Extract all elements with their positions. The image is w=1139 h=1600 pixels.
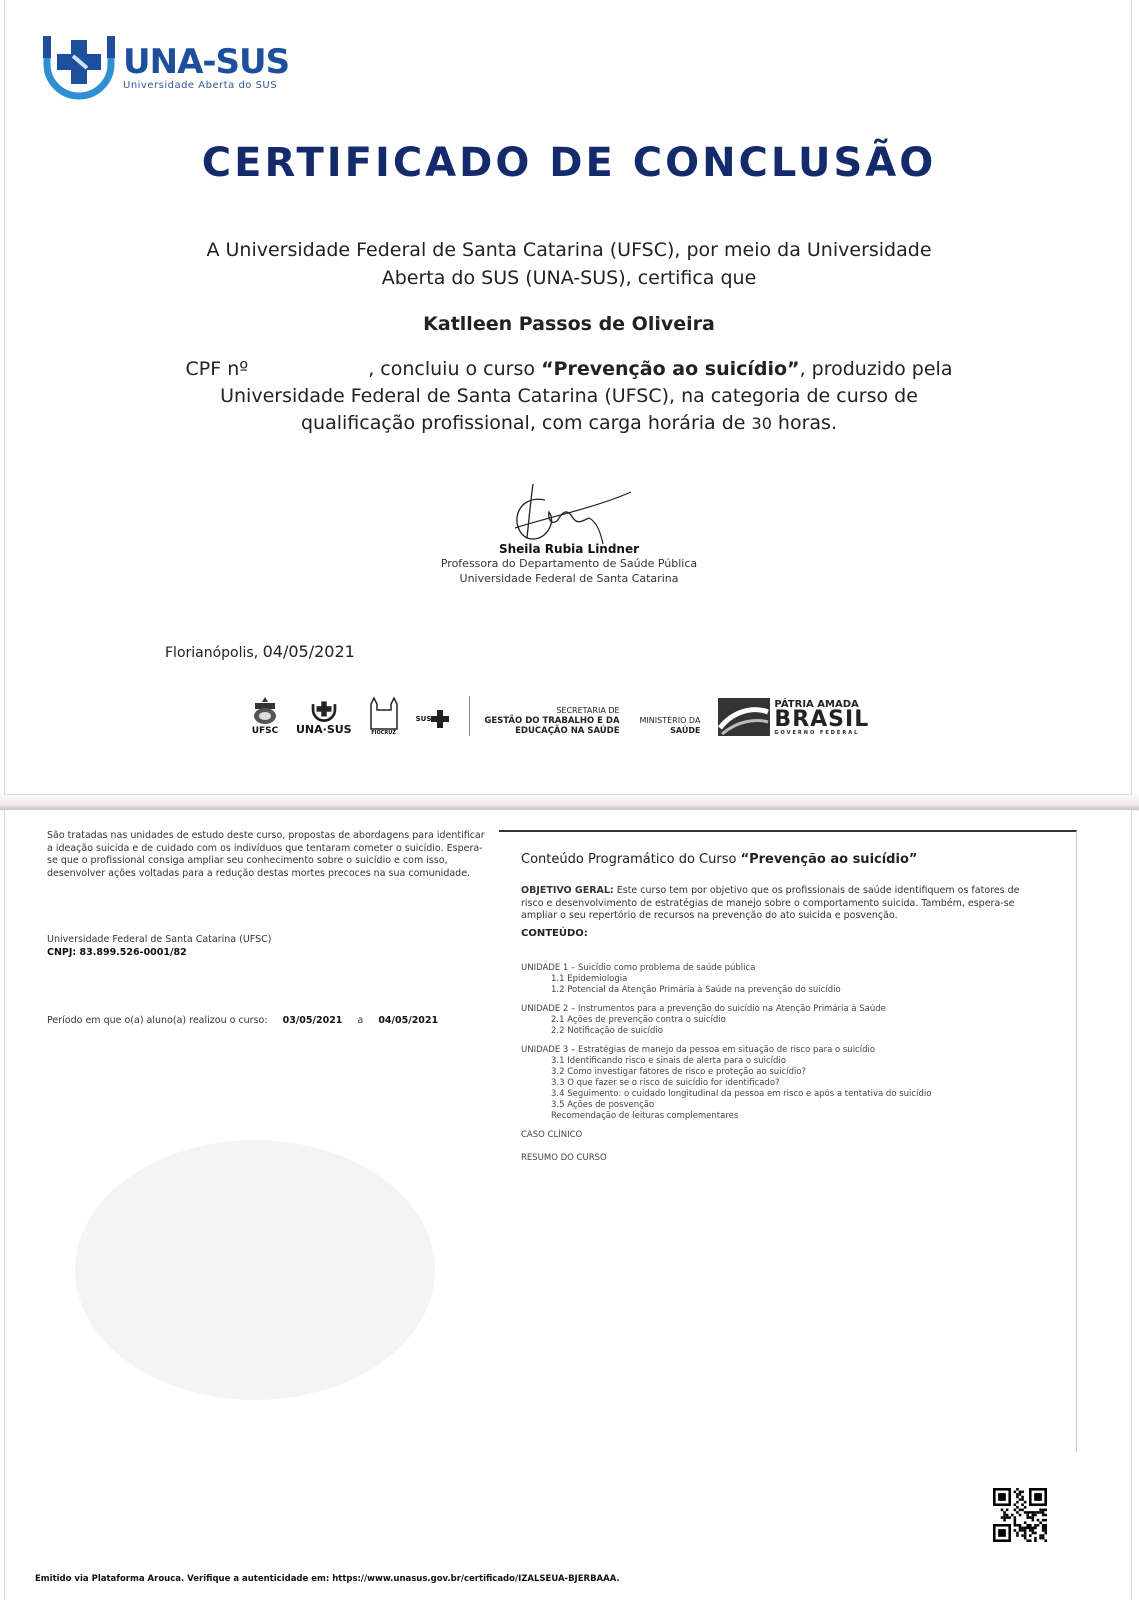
- certificate-intro: A Universidade Federal de Santa Catarina…: [5, 236, 1133, 292]
- brasil-line-3: GOVERNO FEDERAL: [774, 730, 869, 736]
- body-line-3b: horas.: [772, 412, 837, 434]
- clinical-case: CASO CLÍNICO: [521, 1130, 1076, 1140]
- institution-name: Universidade Federal de Santa Catarina (…: [47, 934, 487, 947]
- ufsc-label: UFSC: [252, 726, 279, 736]
- sgtes-logo: SECRETARIA DE GESTÃO DO TRABALHO E DA ED…: [484, 706, 619, 736]
- unit-list: UNIDADE 1 – Suicídio como problema de sa…: [521, 963, 1076, 1122]
- issue-date: 04/05/2021: [263, 642, 355, 661]
- ministerio-line-2: SAÚDE: [640, 726, 701, 736]
- period-start: 03/05/2021: [283, 1015, 343, 1026]
- unit-item: Recomendação de leituras complementares: [521, 1111, 1076, 1122]
- partner-divider: [469, 696, 470, 736]
- unasus-small-logo: UNA·SUS: [296, 699, 352, 736]
- body-text-2: , produzido pela: [800, 358, 953, 380]
- course-description: São tratadas nas unidades de estudo dest…: [47, 830, 487, 880]
- unasus-label: UNA·SUS: [296, 723, 352, 736]
- sgtes-line-2: GESTÃO DO TRABALHO E DA: [484, 716, 619, 726]
- content-title-course: “Prevenção ao suicídio”: [741, 852, 918, 867]
- period-end: 04/05/2021: [378, 1015, 438, 1026]
- cpf-label: CPF nº: [186, 358, 249, 380]
- institution-info: Universidade Federal de Santa Catarina (…: [47, 934, 487, 959]
- intro-line-2: Aberta do SUS (UNA-SUS), certifica que: [199, 264, 939, 292]
- unit-title: UNIDADE 3 – Estratégias de manejo da pes…: [521, 1045, 1076, 1056]
- certificate-page-front: UNA-SUS Universidade Aberta do SUS CERTI…: [4, 0, 1132, 795]
- unit-item: 3.5 Ações de posvenção: [521, 1100, 1076, 1111]
- sgtes-line-3: EDUCAÇÃO NA SAÚDE: [484, 726, 619, 736]
- unasus-small-icon: [311, 699, 337, 723]
- course-content-panel: Conteúdo Programático do Curso “Prevençã…: [499, 830, 1077, 1452]
- period-label: Período em que o(a) aluno(a) realizou o …: [47, 1015, 268, 1026]
- unasus-emblem-icon: [41, 34, 117, 102]
- partner-logos: UFSC UNA·SUS FIOCRUZ SUS SECRETARIA DE: [250, 686, 869, 736]
- body-line-2: Universidade Federal de Santa Catarina (…: [169, 383, 969, 410]
- ufsc-crest-icon: [250, 696, 280, 726]
- certificate-title: CERTIFICADO DE CONCLUSÃO: [5, 140, 1133, 186]
- brasil-flag-icon: [718, 698, 770, 736]
- unit-item: 1.2 Potencial da Atenção Primária à Saúd…: [521, 985, 1076, 996]
- page-separator: [0, 795, 1139, 811]
- body-line-3a: qualificação profissional, com carga hor…: [301, 412, 752, 434]
- course-name: “Prevenção ao suicídio”: [541, 358, 800, 380]
- sus-label: SUS: [416, 715, 432, 723]
- body-text-1: , concluiu o curso: [368, 358, 541, 380]
- content-heading: CONTEÚDO:: [521, 928, 1076, 939]
- signer-role: Professora do Departamento de Saúde Públ…: [5, 556, 1133, 571]
- watermark-crest-icon: [45, 1090, 465, 1410]
- governo-federal-logo: PÁTRIA AMADA BRASIL GOVERNO FEDERAL: [718, 698, 869, 736]
- signer-block: Sheila Rubia Lindner Professora do Depar…: [5, 542, 1133, 586]
- unit-item: 3.2 Como investigar fatores de risco e p…: [521, 1067, 1076, 1078]
- content-unit: UNIDADE 3 – Estratégias de manejo da pes…: [521, 1045, 1076, 1122]
- student-name: Katlleen Passos de Oliveira: [5, 313, 1133, 335]
- institution-cnpj: CNPJ: 83.899.526-0001/82: [47, 947, 487, 960]
- unit-item: 2.1 Ações de prevenção contra o suicídio: [521, 1015, 1076, 1026]
- ministerio-line-1: MINISTÉRIO DA: [640, 716, 701, 726]
- certificate-page-back: São tratadas nas unidades de estudo dest…: [4, 810, 1132, 1600]
- content-title: Conteúdo Programático do Curso “Prevençã…: [521, 852, 1076, 867]
- fiocruz-logo: FIOCRUZ: [368, 696, 400, 736]
- verification-footer: Emitido via Plataforma Arouca. Verifique…: [35, 1574, 620, 1584]
- certificate-body: CPF nº, concluiu o curso “Prevenção ao s…: [5, 356, 1133, 437]
- course-summary-column: São tratadas nas unidades de estudo dest…: [47, 830, 487, 1028]
- signer-name: Sheila Rubia Lindner: [5, 542, 1133, 556]
- course-hours: 30: [752, 414, 772, 433]
- course-summary: RESUMO DO CURSO: [521, 1153, 1076, 1163]
- qr-code-icon[interactable]: [993, 1488, 1047, 1542]
- unasus-logo: UNA-SUS Universidade Aberta do SUS: [41, 34, 289, 102]
- sgtes-line-1: SECRETARIA DE: [484, 706, 619, 716]
- unit-item: 3.1 Identificando risco e sinais de aler…: [521, 1056, 1076, 1067]
- course-period: Período em que o(a) aluno(a) realizou o …: [47, 1015, 487, 1028]
- unit-item: 2.2 Notificação de suicídio: [521, 1026, 1076, 1037]
- unit-item: 3.4 Seguimento: o cuidado longitudinal d…: [521, 1089, 1076, 1100]
- sus-cross-icon: [431, 710, 449, 728]
- ufsc-logo: UFSC: [250, 696, 280, 736]
- unit-item: 3.3 O que fazer se o risco de suicídio f…: [521, 1078, 1076, 1089]
- unit-title: UNIDADE 1 – Suicídio como problema de sa…: [521, 963, 1076, 974]
- place: Florianópolis,: [165, 645, 258, 661]
- intro-line-1: A Universidade Federal de Santa Catarina…: [199, 236, 939, 264]
- content-unit: UNIDADE 2 – Instrumentos para a prevençã…: [521, 1004, 1076, 1037]
- fiocruz-label: FIOCRUZ: [371, 730, 396, 736]
- unit-title: UNIDADE 2 – Instrumentos para a prevençã…: [521, 1004, 1076, 1015]
- sus-logo: SUS: [416, 710, 450, 728]
- signature-icon: [505, 478, 645, 548]
- objective-label: OBJETIVO GERAL:: [521, 885, 614, 896]
- logo-title: UNA-SUS: [123, 45, 289, 79]
- signer-institution: Universidade Federal de Santa Catarina: [5, 571, 1133, 586]
- general-objective: OBJETIVO GERAL: Este curso tem por objet…: [521, 885, 1041, 923]
- content-unit: UNIDADE 1 – Suicídio como problema de sa…: [521, 963, 1076, 996]
- period-separator: a: [357, 1015, 363, 1026]
- brasil-line-2: BRASIL: [774, 710, 869, 730]
- logo-subtitle: Universidade Aberta do SUS: [123, 80, 289, 91]
- ministerio-logo: MINISTÉRIO DA SAÚDE: [640, 716, 701, 736]
- content-title-prefix: Conteúdo Programático do Curso: [521, 852, 741, 867]
- fiocruz-castle-icon: [368, 696, 400, 730]
- unit-item: 1.1 Epidemiologia: [521, 974, 1076, 985]
- place-date: Florianópolis, 04/05/2021: [165, 642, 355, 661]
